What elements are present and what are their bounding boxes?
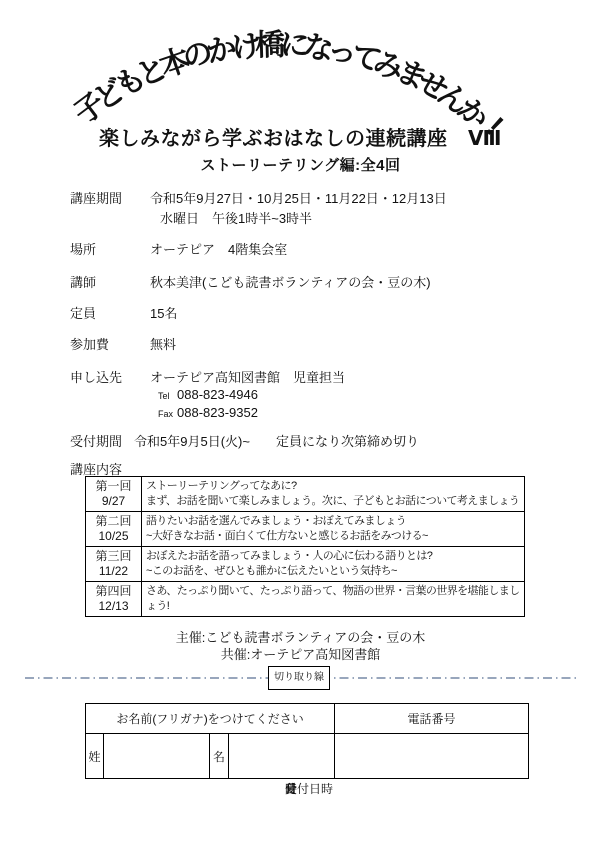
info-row-application: 申し込先 オーテピア高知図書館 児童担当 Tel 088-823-4946 Fa… [70, 370, 345, 422]
info-row-course-period: 講座期間 令和5年9月27日・10月25日・11月22日・12月13日 水曜日 … [70, 191, 447, 227]
session-description-cell: さあ、たっぷり聞いて、たっぷり語って、物語の世界・言葉の世界を堪能しまし ょう! [142, 582, 525, 617]
schedule-row: 第一回 9/27 ストーリーテリングってなあに? まず、お話を聞いて楽しみましょ… [86, 477, 525, 512]
session-date: 12/13 [86, 599, 141, 614]
cohost-line: 共催:オーテピア高知図書館 [0, 646, 601, 663]
info-row-capacity: 定員 15名 [70, 306, 177, 322]
session-detail: ょう! [146, 599, 520, 614]
session-detail: ~大好きなお話・面白くて仕方ないと感じるお話をみつける~ [146, 529, 520, 544]
session-title: ストーリーテリングってなあに? [146, 479, 520, 494]
session-description-cell: おぼえたお話を語ってみましょう・人の心に伝わる語りとは? ~このお話を、ぜひとも… [142, 547, 525, 582]
info-row-lecturer: 講師 秋本美津(こども読書ボランティアの会・豆の木) [70, 275, 431, 291]
session-label: 第一回 [86, 479, 141, 494]
host-line: 主催:こども読書ボランティアの会・豆の木 [0, 629, 601, 646]
info-value: オーテピア 4階集会室 [150, 242, 287, 258]
session-date: 9/27 [86, 494, 141, 509]
info-label: 講師 [70, 275, 150, 291]
info-label: 受付期間 [70, 434, 134, 450]
session-date-cell: 第四回 12/13 [86, 582, 142, 617]
session-label: 第三回 [86, 549, 141, 564]
organizer-block: 主催:こども読書ボランティアの会・豆の木 共催:オーテピア高知図書館 [0, 629, 601, 663]
info-value: 15名 [150, 306, 177, 322]
last-name-label: 姓 [86, 734, 104, 779]
form-input-row: 姓 名 [86, 734, 529, 779]
phone-header-cell: 電話番号 [335, 704, 529, 734]
session-label: 第四回 [86, 584, 141, 599]
info-label: 講座期間 [70, 191, 150, 207]
info-value: 令和5年9月5日(火)~ 定員になり次第締め切り [134, 434, 419, 450]
info-label: 定員 [70, 306, 150, 322]
first-name-blank-cell [229, 734, 335, 779]
session-date: 11/22 [86, 564, 141, 579]
course-subtitle: 楽しみながら学ぶおはなしの連続講座 Ⅷ [0, 122, 601, 151]
application-form: お名前(フリガナ)をつけてください 電話番号 姓 名 [85, 703, 529, 779]
flyer-page: 子どもと本のかけ橋になってみませんか! 楽しみながら学ぶおはなしの連続講座 Ⅷ … [0, 0, 601, 852]
first-name-label: 名 [210, 734, 229, 779]
session-description-cell: ストーリーテリングってなあに? まず、お話を聞いて楽しみましょう。次に、子どもと… [142, 477, 525, 512]
tel-number: 088-823-4946 [177, 387, 258, 403]
info-value-line: オーテピア高知図書館 児童担当 [150, 370, 345, 386]
fax-label: Fax [158, 406, 177, 422]
info-value: 無料 [150, 337, 176, 353]
info-label: 場所 [70, 242, 150, 258]
info-value: 秋本美津(こども読書ボランティアの会・豆の木) [150, 275, 431, 291]
session-detail: ~このお話を、ぜひとも誰かに伝えたいという気持ち~ [146, 564, 520, 579]
info-value-line: 令和5年9月27日・10月25日・11月22日・12月13日 [150, 191, 447, 207]
schedule-row: 第二回 10/25 語りたいお話を選んでみましょう・おぼえてみましょう ~大好き… [86, 512, 525, 547]
session-date-cell: 第一回 9/27 [86, 477, 142, 512]
schedule-table: 第一回 9/27 ストーリーテリングってなあに? まず、お話を聞いて楽しみましょ… [85, 476, 525, 617]
session-title: 語りたいお話を選んでみましょう・おぼえてみましょう [146, 514, 520, 529]
session-title: さあ、たっぷり聞いて、たっぷり語って、物語の世界・言葉の世界を堪能しまし [146, 584, 520, 599]
session-description-cell: 語りたいお話を選んでみましょう・おぼえてみましょう ~大好きなお話・面白くて仕方… [142, 512, 525, 547]
info-value-line: 水曜日 午後1時半~3時半 [160, 211, 447, 227]
session-title: おぼえたお話を語ってみましょう・人の心に伝わる語りとは? [146, 549, 520, 564]
session-date: 10/25 [86, 529, 141, 544]
session-detail: まず、お話を聞いて楽しみましょう。次に、子どもとお話について考えましょう [146, 494, 520, 509]
cut-line-label-box: 切り取り線 [268, 666, 330, 690]
fax-line: Fax 088-823-9352 [158, 405, 345, 422]
session-date-cell: 第三回 11/22 [86, 547, 142, 582]
cut-line-label: 切り取り線 [274, 672, 324, 683]
info-row-place: 場所 オーテピア 4階集会室 [70, 242, 287, 258]
phone-blank-cell [335, 734, 529, 779]
schedule-row: 第四回 12/13 さあ、たっぷり聞いて、たっぷり語って、物語の世界・言葉の世界… [86, 582, 525, 617]
last-name-blank-cell [104, 734, 210, 779]
session-date-cell: 第二回 10/25 [86, 512, 142, 547]
info-row-fee: 参加費 無料 [70, 337, 176, 353]
fax-number: 088-823-9352 [177, 405, 258, 421]
stamp-minute: 分 [285, 780, 297, 797]
info-label: 申し込先 [70, 370, 150, 386]
schedule-row: 第三回 11/22 おぼえたお話を語ってみましょう・人の心に伝わる語りとは? ~… [86, 547, 525, 582]
tel-line: Tel 088-823-4946 [158, 387, 345, 404]
form-header-row: お名前(フリガナ)をつけてください 電話番号 [86, 704, 529, 734]
reception-stamp-line: 受付日時 月 日 時 分 [285, 780, 530, 796]
session-label: 第二回 [86, 514, 141, 529]
info-label: 参加費 [70, 337, 150, 353]
series-title: ストーリーテリング編:全4回 [0, 154, 601, 175]
tel-label: Tel [158, 388, 177, 404]
name-header-cell: お名前(フリガナ)をつけてください [86, 704, 335, 734]
info-row-reception: 受付期間 令和5年9月5日(火)~ 定員になり次第締め切り [70, 434, 419, 450]
